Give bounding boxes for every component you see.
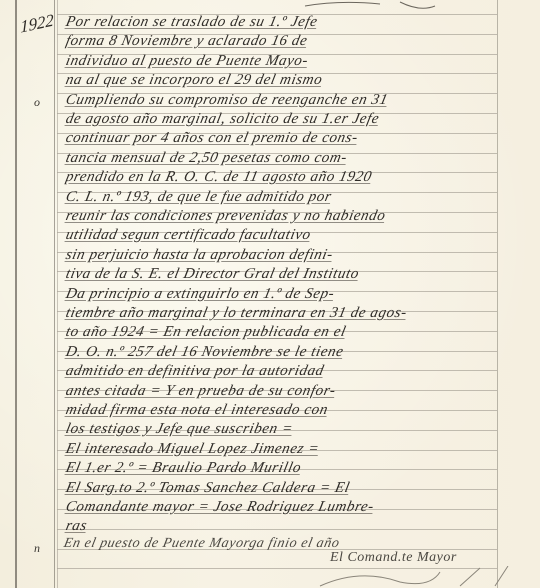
text-line: Comandante mayor = Jose Rodriguez Lumbre… (64, 499, 498, 516)
text-line: El Sarg.to 2.º Tomas Sanchez Caldera = E… (64, 480, 498, 497)
left-border-rule (15, 0, 17, 588)
text-line: El interesado Miguel Lopez Jimenez = (64, 441, 498, 458)
text-line: tiembre año marginal y lo terminara en 3… (64, 305, 498, 322)
text-line: Cumpliendo su compromiso de reenganche e… (64, 92, 498, 109)
text-line: C. L. n.º 193, de que le fue admitido po… (64, 189, 498, 206)
document-page: 1922 o n Por relacion se traslado de su … (0, 0, 540, 588)
signature: El Comand.te Mayor (330, 550, 457, 566)
text-line: utilidad segun certificado facultativo (64, 227, 498, 244)
text-line: Por relacion se traslado de su 1.º Jefe (64, 14, 498, 31)
text-line: los testigos y Jefe que suscriben = (64, 421, 498, 438)
text-line: ras (64, 518, 498, 535)
margin-year: 1922 (20, 10, 54, 37)
text-line: admitido en definitiva por la autoridad (64, 363, 498, 380)
text-line: continuar por 4 años con el premio de co… (64, 130, 498, 147)
text-line: na al que se incorporo el 29 del mismo (64, 72, 498, 89)
text-line: tiva de la S. E. el Director Gral del In… (64, 266, 498, 283)
text-line: de agosto año marginal, solicito de su 1… (64, 111, 498, 128)
margin-rule-inner (57, 0, 58, 588)
margin-rule (54, 0, 55, 588)
signature-flourish (310, 566, 510, 588)
text-line: D. O. n.º 257 del 16 Noviembre se le tie… (64, 344, 498, 361)
text-line: sin perjuicio hasta la aprobacion defini… (64, 247, 498, 264)
text-line: to año 1924 = En relacion publicada en e… (64, 324, 498, 341)
text-line: forma 8 Noviembre y aclarado 16 de (64, 33, 498, 50)
text-line: tancia mensual de 2,50 pesetas como com- (64, 150, 498, 167)
text-line: antes citada = Y en prueba de su confor- (64, 383, 498, 400)
text-line: prendido en la R. O. C. de 11 agosto año… (64, 169, 498, 186)
text-line: reunir las condiciones prevenidas y no h… (64, 208, 498, 225)
text-line: Da principio a extinguirlo en 1.º de Sep… (64, 286, 498, 303)
text-line: individuo al puesto de Puente Mayo- (64, 53, 498, 70)
margin-mark: o (34, 95, 40, 110)
text-line: El 1.er 2.º = Braulio Pardo Murillo (64, 460, 498, 477)
margin-mark: n (34, 541, 40, 556)
text-line: midad firma esta nota el interesado con (64, 402, 498, 419)
